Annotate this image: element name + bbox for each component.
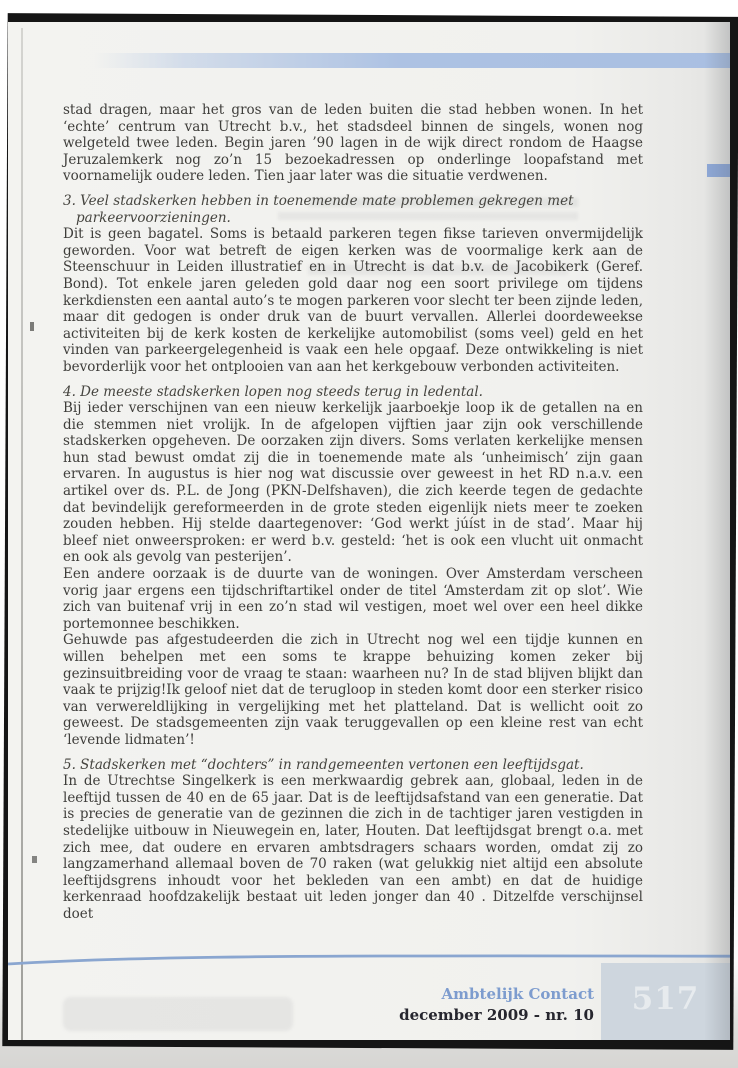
book-page: stad dragen, maar het gros van de leden … — [8, 22, 730, 1040]
section-heading: 4. De meeste stadskerken lopen nog steed… — [63, 384, 643, 401]
showthrough-smudge — [63, 997, 293, 1031]
article-section: 3. Veel stadskerken hebben in toenemende… — [63, 193, 643, 376]
article-section: 4. De meeste stadskerken lopen nog steed… — [63, 384, 643, 749]
page-number: 517 — [632, 981, 700, 1017]
footer-colophon: Ambtelijk Contact december 2009 - nr. 10 — [399, 984, 594, 1026]
section-paragraphs: Bij ieder verschijnen van een nieuw kerk… — [63, 400, 643, 748]
article-section: 5. Stadskerken met “dochters” in randgem… — [63, 757, 643, 923]
body-paragraph: Dit is geen bagatel. Soms is betaald par… — [63, 226, 643, 375]
chapter-edge-tab — [707, 164, 730, 177]
article-sections: 3. Veel stadskerken hebben in toenemende… — [63, 193, 643, 923]
intro-paragraph: stad dragen, maar het gros van de leden … — [63, 102, 643, 185]
section-paragraphs: In de Utrechtse Singelkerk is een merkwa… — [63, 773, 643, 922]
scanned-page-root: { "colors": { "paper": "#f1f1ee", "top_a… — [0, 0, 738, 1068]
body-paragraph: Bij ieder verschijnen van een nieuw kerk… — [63, 400, 643, 566]
ink-speck — [32, 856, 37, 863]
body-paragraph: Een andere oorzaak is de duurte van de w… — [63, 566, 643, 632]
journal-title: Ambtelijk Contact — [399, 984, 594, 1005]
journal-issue: december 2009 - nr. 10 — [399, 1005, 594, 1026]
section-paragraphs: Dit is geen bagatel. Soms is betaald par… — [63, 226, 643, 375]
page-fold-line — [21, 28, 23, 1040]
article-text-column: stad dragen, maar het gros van de leden … — [63, 102, 643, 923]
page-number-box: 517 — [601, 963, 730, 1040]
body-paragraph: Gehuwde pas afgestudeerden die zich in U… — [63, 632, 643, 748]
section-heading: 3. Veel stadskerken hebben in toenemende… — [63, 193, 643, 226]
top-accent-bar — [94, 53, 730, 68]
section-heading: 5. Stadskerken met “dochters” in randgem… — [63, 757, 643, 774]
ink-speck — [30, 322, 34, 331]
body-paragraph: In de Utrechtse Singelkerk is een merkwa… — [63, 773, 643, 922]
